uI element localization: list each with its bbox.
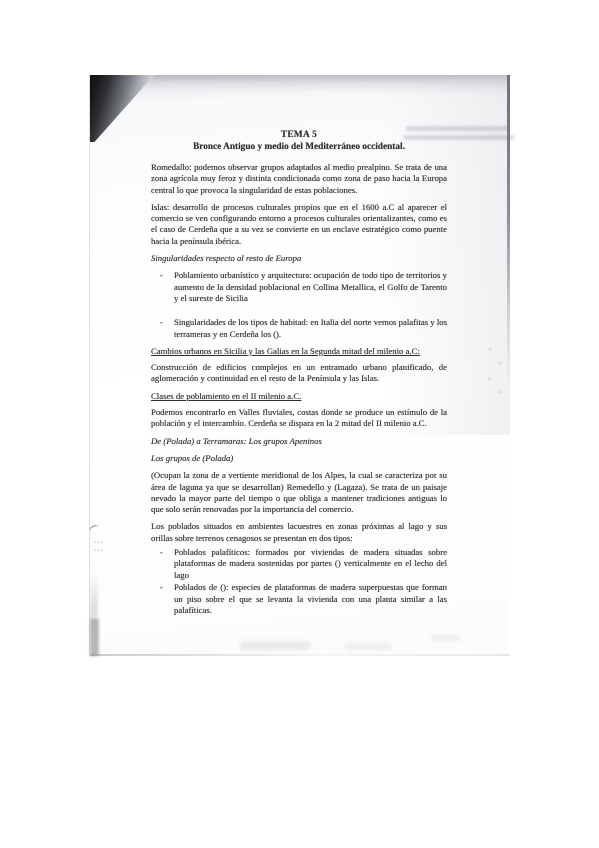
paragraph-islas: Islas: desarrollo de procesos culturales… <box>151 202 447 247</box>
heading-de-polada-terramaras: De (Polada) a Terramaras: Los grupos Ape… <box>151 436 447 447</box>
heading-clases-poblamiento: Clases de poblamiento en el II milenio a… <box>151 391 447 402</box>
pencil-mark: + <box>487 345 493 355</box>
scan-top-shadow <box>90 75 510 99</box>
bullet-text-palafiticos: Poblados palafíticos: formados por vivie… <box>174 547 447 580</box>
list-item: - Singularidades de los tipos de habitad… <box>151 317 447 340</box>
paragraph-poblados-intro: Los poblados situados en ambientes lacue… <box>151 521 447 544</box>
bullet-dash: - <box>160 547 163 558</box>
heading-singularidades-europa: Singularidades respecto al resto de Euro… <box>151 253 447 264</box>
topic-number: TEMA 5 <box>151 129 447 141</box>
document-body: TEMA 5 Bronce Antiguo y medio del Medite… <box>151 129 447 622</box>
paragraph-romedallo: Romedallo: podemos observar grupos adapt… <box>151 162 447 196</box>
page-right-edge <box>507 75 510 385</box>
page-corner-fold <box>90 75 154 142</box>
list-item: - Poblamiento urbanístico y arquitectura… <box>151 270 447 304</box>
paragraph-construccion: Construcción de edificios complejos en u… <box>151 362 447 385</box>
document-header: TEMA 5 Bronce Antiguo y medio del Medite… <box>151 129 447 153</box>
scanned-page: + × + ·+ ( ••• ••• TEMA 5 Bronce Antiguo… <box>89 75 510 656</box>
scan-background: + × + ·+ ( ••• ••• TEMA 5 Bronce Antiguo… <box>0 0 599 848</box>
margin-dots-mark: ••• <box>94 541 104 546</box>
heading-cambios-urbanos: Cambios urbanos en Sicilia y las Galias … <box>151 346 447 357</box>
list-item: - Poblados de (): especies de plataforma… <box>151 582 447 616</box>
pencil-mark: × <box>497 359 503 369</box>
bullet-text-habitat: Singularidades de los tipos de habitad: … <box>174 317 447 338</box>
margin-dots-mark: ••• <box>94 549 104 554</box>
page-bottom-edge <box>90 654 510 656</box>
bullet-text-poblados-de: Poblados de (): especies de plataformas … <box>174 582 447 615</box>
document-title: Bronce Antiguo y medio del Mediterráneo … <box>151 141 447 153</box>
bullet-dash: - <box>160 270 163 281</box>
scan-smudge <box>240 641 310 650</box>
scan-smudge <box>430 635 460 641</box>
pencil-mark: ·+ <box>495 387 504 398</box>
heading-los-grupos-polada: Los grupos de (Polada) <box>151 453 447 464</box>
bullet-list-poblados: - Poblados palafíticos: formados por viv… <box>151 547 447 616</box>
paragraph-podemos: Podemos encontrarlo en Valles fluviales,… <box>151 407 447 430</box>
list-item: - Poblados palafíticos: formados por viv… <box>151 547 447 581</box>
pencil-mark: + <box>486 374 493 384</box>
bullet-dash: - <box>160 582 163 593</box>
bullet-list-singularidades: - Poblamiento urbanístico y arquitectura… <box>151 270 447 339</box>
margin-pen-mark: ( <box>88 523 100 532</box>
bullet-text-poblamiento: Poblamiento urbanístico y arquitectura: … <box>174 270 447 303</box>
paragraph-ocupan: (Ocupan la zona de a vertiente meridiona… <box>151 470 447 515</box>
scan-smudge <box>90 619 99 656</box>
bullet-dash: - <box>160 317 163 328</box>
scan-smudge <box>345 643 391 650</box>
scan-smudge <box>90 573 98 657</box>
